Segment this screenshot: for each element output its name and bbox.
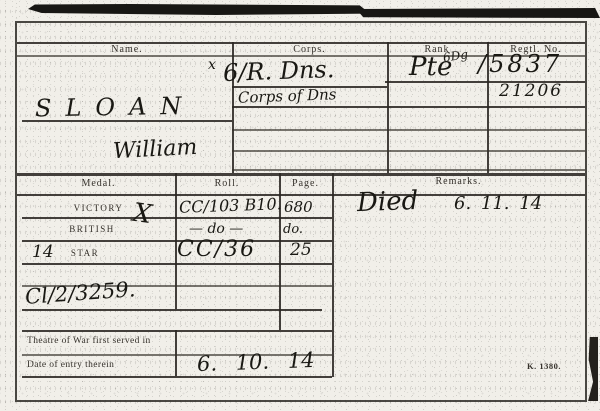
- remarks-text-entry: Died: [357, 188, 419, 216]
- scan-artifact-right-edge: [587, 337, 598, 401]
- grid-line: [232, 169, 585, 171]
- grid-line: [232, 106, 585, 108]
- page-column-header: Page.: [279, 178, 332, 189]
- grid-line: [22, 376, 332, 378]
- corps-check-mark: x: [208, 58, 216, 72]
- scan-artifact-top-band-left: [28, 4, 370, 15]
- star-roll-entry: CC/36: [177, 239, 256, 261]
- forename-entry: William: [112, 137, 197, 163]
- medal-check-mark: X: [131, 200, 153, 228]
- victory-roll-entry: CC/103 B10.: [179, 196, 282, 216]
- remarks-column-header: Remarks.: [332, 176, 585, 187]
- grid-line: [22, 263, 332, 265]
- date-of-entry-label: Date of entry therein: [27, 360, 114, 370]
- scan-artifact-top-band-right: [356, 8, 600, 18]
- regtl-no-1-entry: /5837: [478, 52, 562, 76]
- star-prefix-entry: 14: [32, 244, 54, 261]
- theatre-of-war-label: Theatre of War first served in: [27, 336, 151, 346]
- name-column-header: Name.: [22, 44, 232, 55]
- reference-entry: Cl/2/3259.: [24, 279, 136, 308]
- scanned-medal-index-card: Name. Corps. Rank Regtl. No. SLOAN Willi…: [0, 0, 600, 411]
- star-page-entry: 25: [290, 242, 312, 259]
- corps-column-header: Corps.: [232, 44, 387, 55]
- british-page-entry: do.: [283, 223, 303, 236]
- surname-entry: SLOAN: [35, 94, 196, 121]
- regtl-no-2-entry: 21206: [499, 83, 563, 100]
- victory-page-entry: 680: [284, 200, 313, 215]
- card-border: Name. Corps. Rank Regtl. No. SLOAN Willi…: [15, 21, 587, 402]
- corps-unit-entry: 6/R. Dns.: [223, 57, 335, 85]
- british-roll-entry: — do —: [189, 222, 243, 236]
- grid-line: [232, 150, 585, 152]
- grid-line: [22, 309, 322, 311]
- remarks-date-entry: 6. 11. 14: [454, 195, 542, 213]
- date-of-entry-value: 6. 10. 14: [197, 350, 315, 375]
- grid-line: [175, 330, 177, 376]
- corps-unit2-entry: Corps of Dns: [238, 87, 337, 105]
- grid-line: [22, 217, 332, 219]
- grid-line: [332, 173, 334, 377]
- roll-column-header: Roll.: [175, 178, 279, 189]
- star-medal-label: STAR: [65, 248, 105, 258]
- grid-line: [22, 330, 332, 332]
- medal-column-header: Medal.: [22, 178, 175, 189]
- form-code: K. 1380.: [527, 361, 561, 371]
- regtl-no-prefix-entry: 6Dg: [442, 48, 468, 63]
- grid-line: [232, 129, 585, 131]
